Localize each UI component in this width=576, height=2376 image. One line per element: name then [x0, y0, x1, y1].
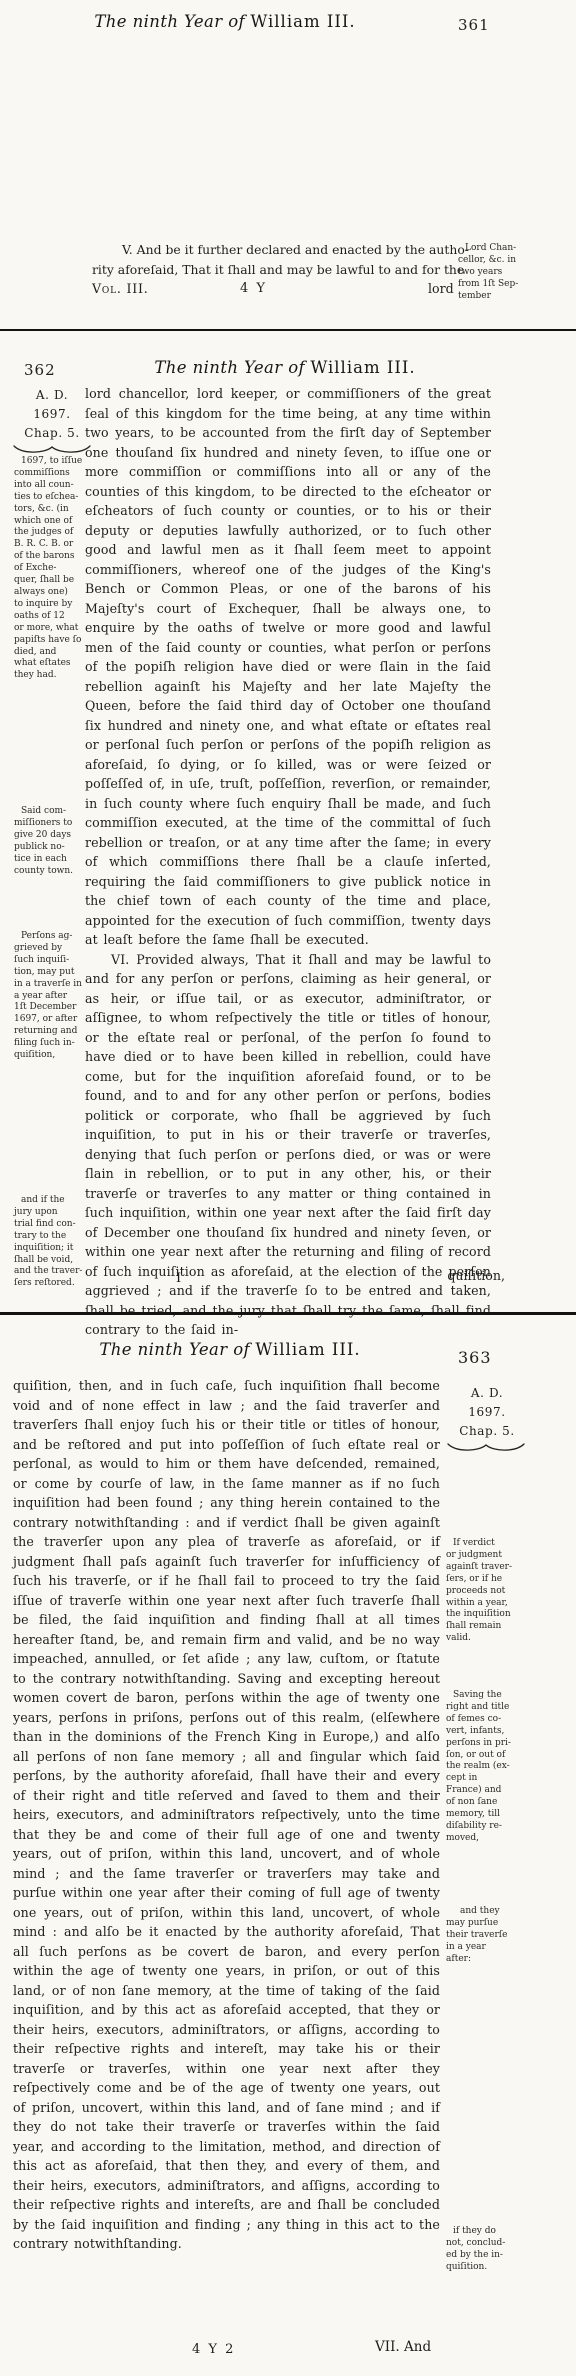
margin-note-saving-rights: Saving theright and titleof femes co-ver…: [446, 1690, 511, 1845]
running-header-362: The ninth Year of William III.: [85, 358, 485, 377]
running-header-roman: William III.: [250, 12, 355, 31]
paragraph-continuation: lord chancellor, lord keeper, or commiſſ…: [85, 384, 491, 950]
date-chapter-label-363: A. D.1697.Chap. 5.: [450, 1384, 524, 1441]
running-header-italic: The ninth Year of: [94, 12, 245, 31]
page-number-361: 361: [458, 16, 490, 34]
page-divider-rule: [0, 329, 576, 331]
running-header-roman: William III.: [255, 1340, 360, 1359]
volume-label: Vol. III.: [92, 281, 149, 296]
margin-note-lord-chancellor: Lord Chan-cellor, &c. intwo yearsfrom 1ſ…: [458, 243, 518, 303]
signature-mark-362: I: [176, 1271, 183, 1286]
margin-note-commissions: 1697, to iſſuecommiſſionsinto all coun-t…: [14, 456, 82, 682]
date-chapter-label-362: A. D.1697.Chap. 5.: [16, 386, 88, 443]
brace-ornament: [446, 1441, 526, 1453]
page-number-362: 362: [24, 361, 56, 379]
clause-v-text: V. And be it further declared and enacte…: [92, 240, 464, 280]
signature-mark-361: 4 Y: [240, 281, 267, 296]
margin-note-public-notice: Said com-miſſioners togive 20 dayspublic…: [14, 806, 73, 877]
brace-ornament: [12, 443, 92, 455]
margin-note-verdict-valid: If verdictor judgmentagainſt traver-ſers…: [446, 1538, 512, 1645]
running-header-roman: William III.: [310, 358, 415, 377]
page-362-body: lord chancellor, lord keeper, or commiſſ…: [85, 384, 491, 1340]
page-divider-rule: [0, 1312, 576, 1315]
catchword-362: quiſition,: [380, 1268, 505, 1283]
running-header-363: The ninth Year of William III.: [20, 1340, 440, 1359]
catchword-361: lord: [428, 281, 454, 296]
scanned-statute-page: The ninth Year of William III. 361 V. An…: [0, 0, 576, 2376]
page-363-body: quiſition, then, and in ſuch caſe, ſuch …: [13, 1376, 440, 2254]
paragraph-continuation: quiſition, then, and in ſuch caſe, ſuch …: [13, 1376, 440, 2254]
running-header-361: The ninth Year of William III.: [35, 12, 415, 31]
margin-note-concluded: if they donot, conclud-ed by the in-quiſ…: [446, 2226, 505, 2274]
running-header-italic: The ninth Year of: [99, 1340, 250, 1359]
margin-note-pursue-traverse: and theymay purſuetheir traverſein a yea…: [446, 1906, 507, 1966]
signature-mark-363: 4 Y 2: [192, 2342, 235, 2357]
margin-note-jury-verdict: and if thejury upontrial find con-trary …: [14, 1195, 82, 1290]
catchword-363: VII. And: [375, 2339, 431, 2355]
margin-note-traverse: Perſons ag-grieved byſuch inquiſi-tion, …: [14, 931, 82, 1062]
page-number-363: 363: [458, 1348, 492, 1367]
running-header-italic: The ninth Year of: [154, 358, 305, 377]
